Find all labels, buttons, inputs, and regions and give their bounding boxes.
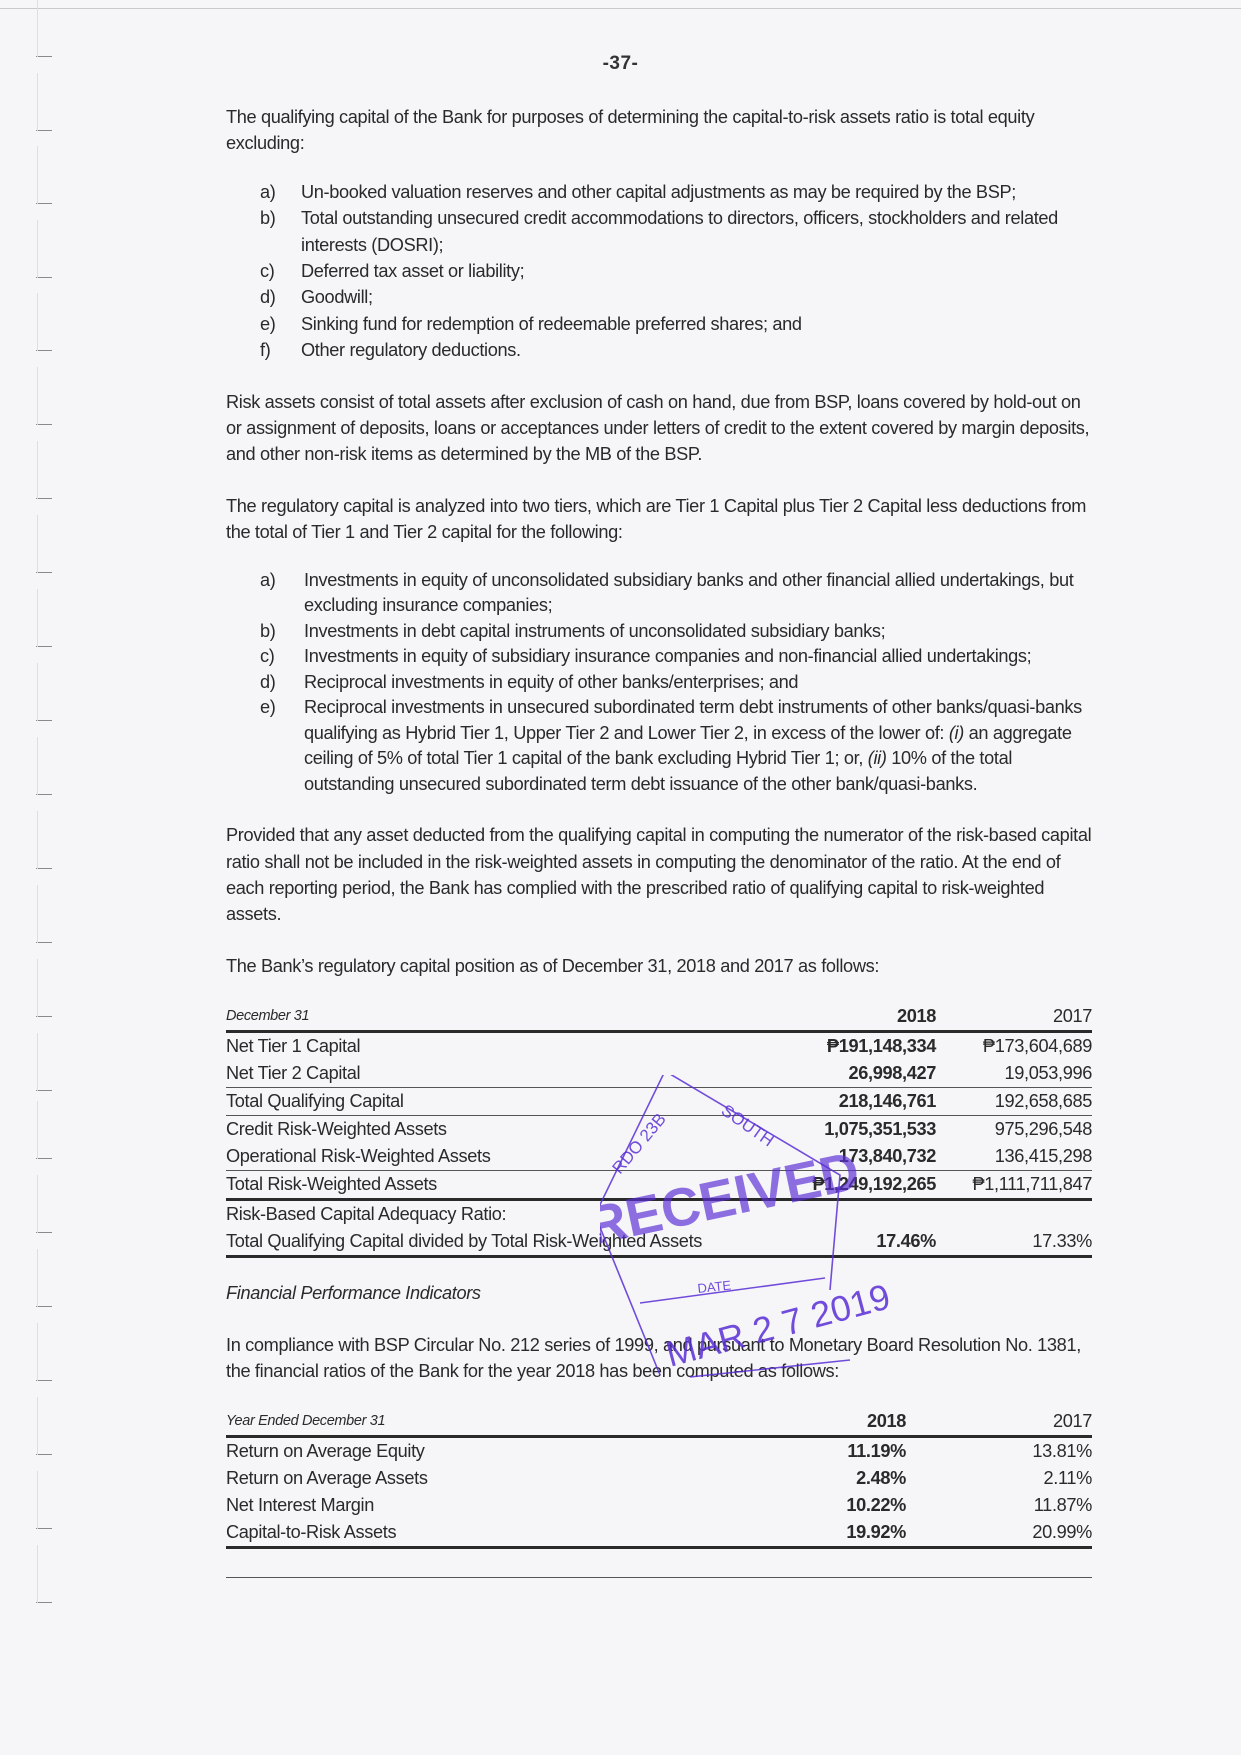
column-header-2018: 2018	[746, 1003, 936, 1032]
table-header-row: December 31 2018 2017	[226, 1003, 1092, 1032]
list-item: c)Deferred tax asset or liability;	[226, 258, 1094, 284]
deductions-list: a)Investments in equity of unconsolidate…	[226, 568, 1094, 798]
footer-rule	[226, 1577, 1092, 1578]
list-item: e)Sinking fund for redemption of redeema…	[226, 311, 1094, 337]
binder-mark	[36, 794, 52, 795]
list-item: a)Un-booked valuation reserves and other…	[226, 179, 1094, 205]
table-row: Credit Risk-Weighted Assets 1,075,351,53…	[226, 1116, 1092, 1144]
qualifying-capital-intro: The qualifying capital of the Bank for p…	[226, 104, 1094, 157]
column-header-label: December 31	[226, 1003, 746, 1032]
binder-mark	[36, 424, 52, 425]
capital-position-intro: The Bank’s regulatory capital position a…	[226, 953, 1094, 979]
binder-mark	[36, 1602, 52, 1603]
binder-mark	[36, 277, 52, 278]
risk-assets-paragraph: Risk assets consist of total assets afte…	[226, 389, 1094, 468]
table-row: Capital-to-Risk Assets 19.92% 20.99%	[226, 1519, 1092, 1548]
performance-table: Year Ended December 31 2018 2017 Return …	[226, 1408, 1092, 1549]
binder-mark	[36, 720, 52, 721]
binder-mark	[36, 1232, 52, 1233]
table-row: Operational Risk-Weighted Assets 173,840…	[226, 1143, 1092, 1171]
capital-position-table: December 31 2018 2017 Net Tier 1 Capital…	[226, 1003, 1092, 1258]
table-row: Return on Average Equity 11.19% 13.81%	[226, 1437, 1092, 1466]
list-item: a)Investments in equity of unconsolidate…	[226, 568, 1094, 619]
list-item: d)Goodwill;	[226, 284, 1094, 310]
binder-mark	[36, 1306, 52, 1307]
table-row: Net Interest Margin 10.22% 11.87%	[226, 1492, 1092, 1519]
list-item: b)Total outstanding unsecured credit acc…	[226, 205, 1094, 258]
table-row: Total Qualifying Capital 218,146,761 192…	[226, 1088, 1092, 1116]
binder-mark	[36, 203, 52, 204]
binder-mark	[36, 942, 52, 943]
binder-mark	[36, 1016, 52, 1017]
binder-mark	[36, 868, 52, 869]
column-header-label: Year Ended December 31	[226, 1408, 746, 1437]
binder-punch-marks	[34, 0, 54, 1755]
table-row: Net Tier 1 Capital ₱191,148,334 ₱173,604…	[226, 1032, 1092, 1061]
column-header-2017: 2017	[906, 1408, 1092, 1437]
performance-intro: In compliance with BSP Circular No. 212 …	[226, 1332, 1094, 1385]
page-top-edge	[0, 8, 1241, 9]
binder-mark	[36, 646, 52, 647]
column-header-2017: 2017	[936, 1003, 1092, 1032]
table-row: Total Risk-Weighted Assets ₱1,249,192,26…	[226, 1171, 1092, 1200]
binder-mark	[36, 130, 52, 131]
list-item: f)Other regulatory deductions.	[226, 337, 1094, 363]
binder-mark	[36, 1528, 52, 1529]
table-row: Total Qualifying Capital divided by Tota…	[226, 1228, 1092, 1257]
list-item: e)Reciprocal investments in unsecured su…	[226, 695, 1094, 797]
binder-mark	[36, 1454, 52, 1455]
binder-mark	[36, 350, 52, 351]
table-header-row: Year Ended December 31 2018 2017	[226, 1408, 1092, 1437]
binder-mark	[36, 1090, 52, 1091]
document-body: The qualifying capital of the Bank for p…	[226, 104, 1094, 1578]
provided-paragraph: Provided that any asset deducted from th…	[226, 822, 1094, 928]
exclusions-list: a)Un-booked valuation reserves and other…	[226, 179, 1094, 364]
table-row: Risk-Based Capital Adequacy Ratio:	[226, 1200, 1092, 1229]
binder-mark	[36, 1380, 52, 1381]
list-item: b)Investments in debt capital instrument…	[226, 619, 1094, 645]
table-row: Return on Average Assets 2.48% 2.11%	[226, 1465, 1092, 1492]
list-item: c)Investments in equity of subsidiary in…	[226, 644, 1094, 670]
list-item: d)Reciprocal investments in equity of ot…	[226, 670, 1094, 696]
binder-mark	[36, 1158, 52, 1159]
column-header-2018: 2018	[746, 1408, 906, 1437]
table-row: Net Tier 2 Capital 26,998,427 19,053,996	[226, 1060, 1092, 1088]
regulatory-capital-paragraph: The regulatory capital is analyzed into …	[226, 493, 1094, 546]
page-number: -37-	[0, 53, 1241, 75]
binder-mark	[36, 498, 52, 499]
binder-mark	[36, 572, 52, 573]
section-heading-performance: Financial Performance Indicators	[226, 1280, 1094, 1306]
